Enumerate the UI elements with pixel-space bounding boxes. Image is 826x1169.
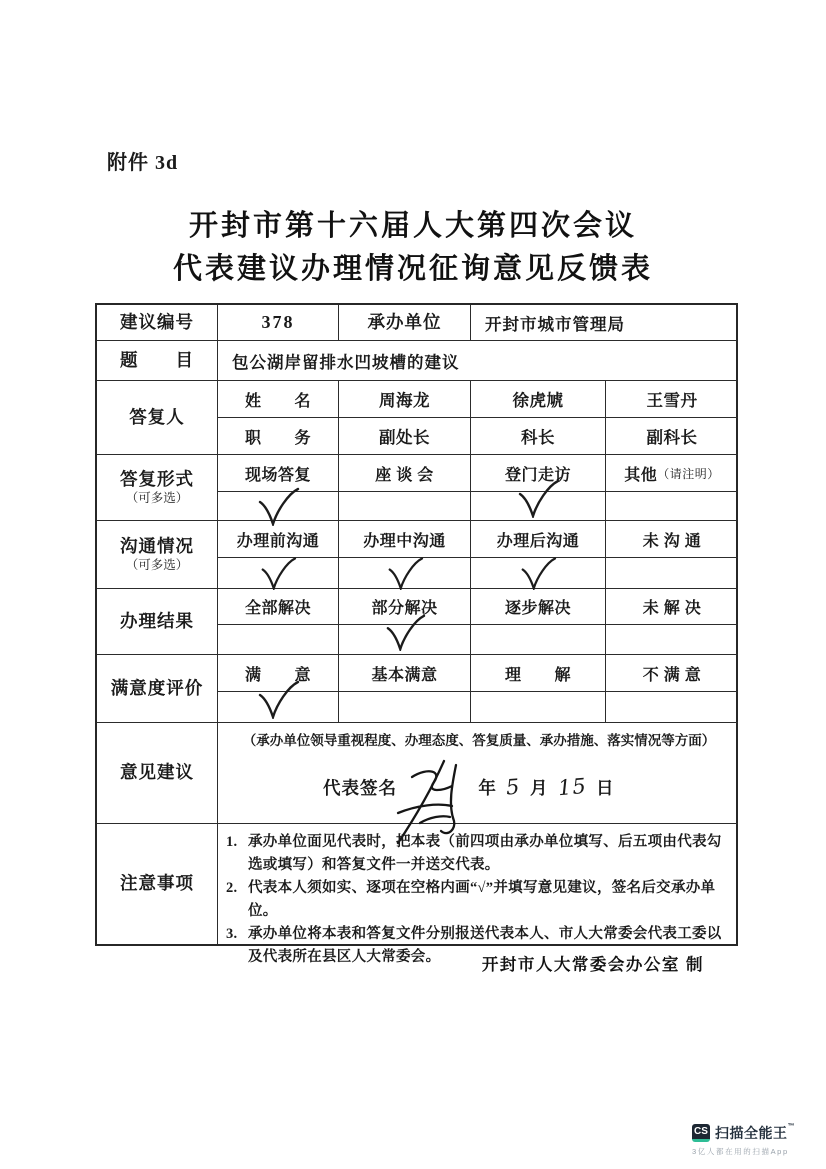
communication-check-cell-4 (606, 558, 738, 589)
checkmark-icon (384, 556, 426, 590)
camscanner-logo-row: CS 扫描全能王™ (692, 1123, 812, 1143)
reply-form-option-4-main: 其他 (624, 462, 657, 485)
result-check-cell-3 (471, 625, 606, 655)
satisfaction-check-cell-4 (606, 692, 738, 723)
satisfaction-option-3: 理 解 (471, 655, 606, 692)
respondent-name-1: 周海龙 (339, 381, 471, 418)
camscanner-brand-text: 扫描全能王 (715, 1125, 788, 1141)
camscanner-tm: ™ (788, 1123, 796, 1130)
respondent-title-1: 副处长 (339, 418, 471, 455)
note-item-1: 1. 承办单位面见代表时，把本表（前四项由承办单位填写、后五项由代表勾选或填写）… (226, 831, 728, 877)
reply-form-check-cell-3 (471, 492, 606, 521)
checkmark-icon (255, 679, 301, 719)
undertaker-label: 承办单位 (339, 305, 471, 341)
notes-label: 注意事项 (97, 824, 218, 944)
reply-form-option-4-note: （请注明） (657, 465, 720, 482)
form-title-line1: 开封市第十六届人大第四次会议 (0, 203, 826, 244)
reply-form-check-cell-2 (339, 492, 471, 521)
undertaker-value: 开封市城市管理局 (471, 305, 738, 341)
opinion-label: 意见建议 (97, 723, 218, 824)
satisfaction-option-4: 不 满 意 (606, 655, 738, 692)
result-option-4: 未 解 决 (606, 589, 738, 625)
date-month-char: 月 (530, 778, 549, 798)
respondent-title-label: 职 务 (218, 418, 339, 455)
reply-form-check-cell-1 (218, 492, 339, 521)
result-check-cell-1 (218, 625, 339, 655)
camscanner-badge-icon: CS (692, 1124, 710, 1142)
checkmark-icon (515, 478, 561, 518)
respondent-name-label: 姓 名 (218, 381, 339, 418)
date-day-value: 15 (557, 774, 588, 800)
communication-option-1: 办理前沟通 (218, 521, 339, 558)
checkmark-icon (383, 613, 427, 651)
checkmark-icon (257, 556, 299, 590)
topic-value: 包公湖岸留排水凹坡槽的建议 (218, 341, 738, 381)
checkmark-icon (255, 486, 301, 526)
feedback-form-table: 建议编号 378 承办单位 开封市城市管理局 题 目 包公湖岸留排水凹坡槽的建议… (95, 303, 738, 946)
result-check-cell-2 (339, 625, 471, 655)
checkmark-icon (517, 556, 559, 590)
date-year-char: 年 (478, 778, 497, 798)
result-option-1: 全部解决 (218, 589, 339, 625)
result-label: 办理结果 (97, 589, 218, 655)
signature-line: 代表签名 年 5 月 15 日 (228, 775, 730, 815)
notes-cell: 1. 承办单位面见代表时，把本表（前四项由承办单位填写、后五项由代表勾选或填写）… (218, 824, 738, 944)
communication-option-3: 办理后沟通 (471, 521, 606, 558)
issuer-footer: 开封市人大常委会办公室 制 (482, 951, 704, 975)
reply-form-label-text: 答复形式 (120, 469, 194, 491)
communication-check-cell-3 (471, 558, 606, 589)
topic-label: 题 目 (97, 341, 218, 381)
respondent-name-3: 王雪丹 (606, 381, 738, 418)
opinion-hint: （承办单位领导重视程度、办理态度、答复质量、承办措施、落实情况等方面） (228, 729, 730, 749)
respondent-label: 答复人 (97, 381, 218, 455)
reply-form-option-2: 座 谈 会 (339, 455, 471, 492)
suggestion-no-value: 378 (218, 305, 339, 341)
satisfaction-check-cell-2 (339, 692, 471, 723)
communication-sublabel: （可多选） (126, 558, 189, 574)
reply-form-option-4: 其他（请注明） (606, 455, 738, 492)
communication-label-text: 沟通情况 (120, 536, 194, 558)
date-month-value: 5 (505, 774, 521, 799)
form-title-line2: 代表建议办理情况征询意见反馈表 (0, 246, 826, 287)
communication-option-4: 未 沟 通 (606, 521, 738, 558)
attachment-label: 附件 3d (107, 146, 178, 175)
note-text: 代表本人须如实、逐项在空格内画“√”并填写意见建议，签名后交承办单位。 (248, 877, 728, 923)
communication-label: 沟通情况 （可多选） (97, 521, 218, 589)
camscanner-tagline: 3亿人都在用的扫描App (692, 1146, 812, 1157)
result-option-3: 逐步解决 (471, 589, 606, 625)
respondent-title-3: 副科长 (606, 418, 738, 455)
note-number: 2. (226, 877, 248, 923)
communication-check-cell-1 (218, 558, 339, 589)
reply-form-label: 答复形式 （可多选） (97, 455, 218, 521)
satisfaction-check-cell-1 (218, 692, 339, 723)
respondent-name-2: 徐虎虓 (471, 381, 606, 418)
satisfaction-check-cell-3 (471, 692, 606, 723)
date-day-char: 日 (596, 778, 615, 798)
opinion-cell: （承办单位领导重视程度、办理态度、答复质量、承办措施、落实情况等方面） 代表签名… (218, 723, 738, 824)
satisfaction-option-2: 基本满意 (339, 655, 471, 692)
respondent-title-2: 科长 (471, 418, 606, 455)
note-number: 1. (226, 831, 248, 877)
note-item-2: 2. 代表本人须如实、逐项在空格内画“√”并填写意见建议，签名后交承办单位。 (226, 877, 728, 923)
reply-form-check-cell-4 (606, 492, 738, 521)
satisfaction-label: 满意度评价 (97, 655, 218, 723)
camscanner-brand: 扫描全能王™ (715, 1123, 795, 1143)
note-text: 承办单位面见代表时，把本表（前四项由承办单位填写、后五项由代表勾选或填写）和答复… (248, 831, 728, 877)
scanned-form-page: 附件 3d 开封市第十六届人大第四次会议 代表建议办理情况征询意见反馈表 建议编… (0, 0, 826, 1169)
signature-label: 代表签名 (323, 778, 397, 798)
reply-form-sublabel: （可多选） (126, 491, 189, 507)
communication-option-2: 办理中沟通 (339, 521, 471, 558)
result-check-cell-4 (606, 625, 738, 655)
communication-check-cell-2 (339, 558, 471, 589)
note-number: 3. (226, 923, 248, 969)
camscanner-watermark: CS 扫描全能王™ 3亿人都在用的扫描App (692, 1123, 812, 1157)
suggestion-no-label: 建议编号 (97, 305, 218, 341)
